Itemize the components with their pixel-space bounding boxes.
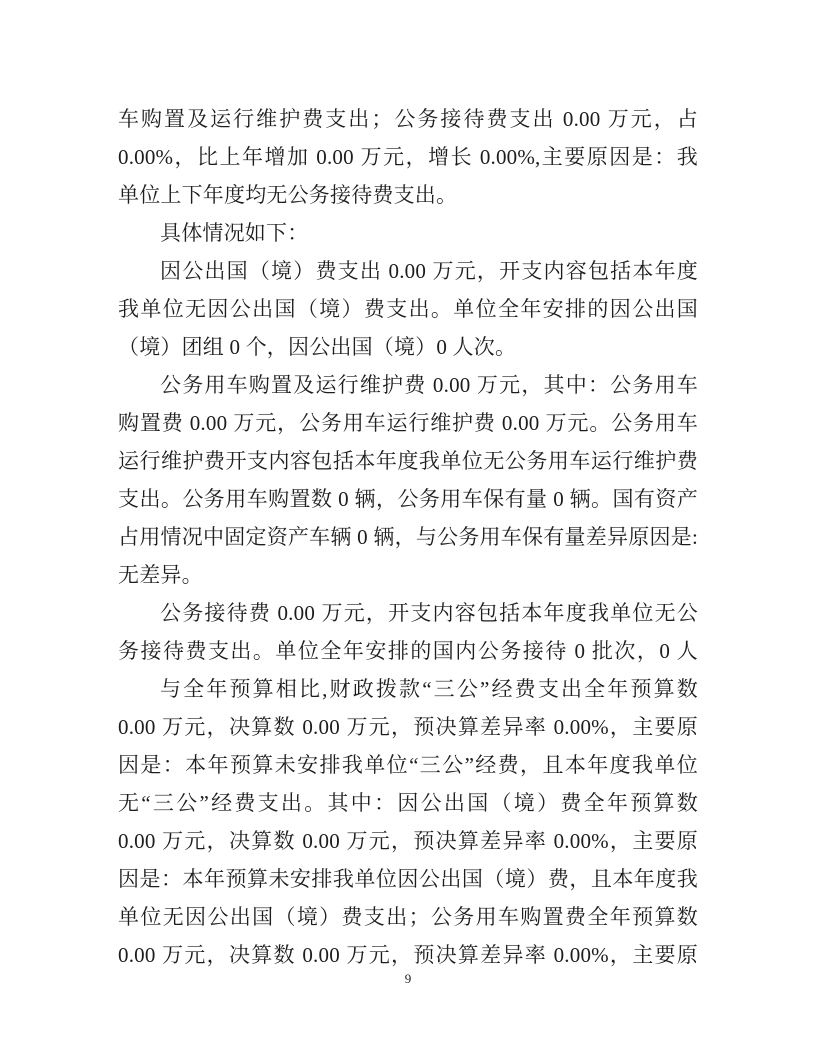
text-line: 单位无因公出国（境）费支出；公务用车购置费全年预算数 [118, 898, 698, 936]
text-line: 车购置及运行维护费支出；公务接待费支出 0.00 万元，占 [118, 100, 698, 138]
text-line: 因是：本年预算未安排我单位“三公”经费，且本年度我单位 [118, 746, 698, 784]
text-line: （境）团组 0 个，因公出国（境）0 人次。 [118, 328, 698, 366]
text-line: 0.00 万元，决算数 0.00 万元，预决算差异率 0.00%，主要原 [118, 822, 698, 860]
text-line: 我单位无因公出国（境）费支出。单位全年安排的因公出国 [118, 290, 698, 328]
page: 车购置及运行维护费支出；公务接待费支出 0.00 万元，占0.00%，比上年增加… [0, 0, 816, 1056]
text-line: 公务用车购置及运行维护费 0.00 万元，其中：公务用车 [118, 366, 698, 404]
text-line: 占用情况中固定资产车辆 0 辆，与公务用车保有量差异原因是: [118, 518, 698, 556]
text-line: 公务接待费 0.00 万元，开支内容包括本年度我单位无公 [118, 594, 698, 632]
text-line: 运行维护费开支内容包括本年度我单位无公务用车运行维护费 [118, 442, 698, 480]
document-body: 车购置及运行维护费支出；公务接待费支出 0.00 万元，占0.00%，比上年增加… [118, 100, 698, 974]
text-line: 单位上下年度均无公务接待费支出。 [118, 176, 698, 214]
text-line: 因公出国（境）费支出 0.00 万元，开支内容包括本年度 [118, 252, 698, 290]
text-line: 0.00%，比上年增加 0.00 万元，增长 0.00%,主要原因是：我 [118, 138, 698, 176]
text-line: 0.00 万元，决算数 0.00 万元，预决算差异率 0.00%，主要原 [118, 708, 698, 746]
text-line: 无差异。 [118, 556, 698, 594]
text-line: 购置费 0.00 万元，公务用车运行维护费 0.00 万元。公务用车 [118, 404, 698, 442]
text-line: 具体情况如下： [118, 214, 698, 252]
text-line: 0.00 万元，决算数 0.00 万元，预决算差异率 0.00%，主要原 [118, 936, 698, 974]
text-line: 务接待费支出。单位全年安排的国内公务接待 0 批次，0 人次。 [118, 632, 698, 670]
text-line: 因是：本年预算未安排我单位因公出国（境）费，且本年度我 [118, 860, 698, 898]
text-line: 与全年预算相比,财政拨款“三公”经费支出全年预算数 [118, 670, 698, 708]
text-line: 支出。公务用车购置数 0 辆，公务用车保有量 0 辆。国有资产 [118, 480, 698, 518]
page-number: 9 [0, 971, 816, 987]
text-line: 无“三公”经费支出。其中：因公出国（境）费全年预算数 [118, 784, 698, 822]
